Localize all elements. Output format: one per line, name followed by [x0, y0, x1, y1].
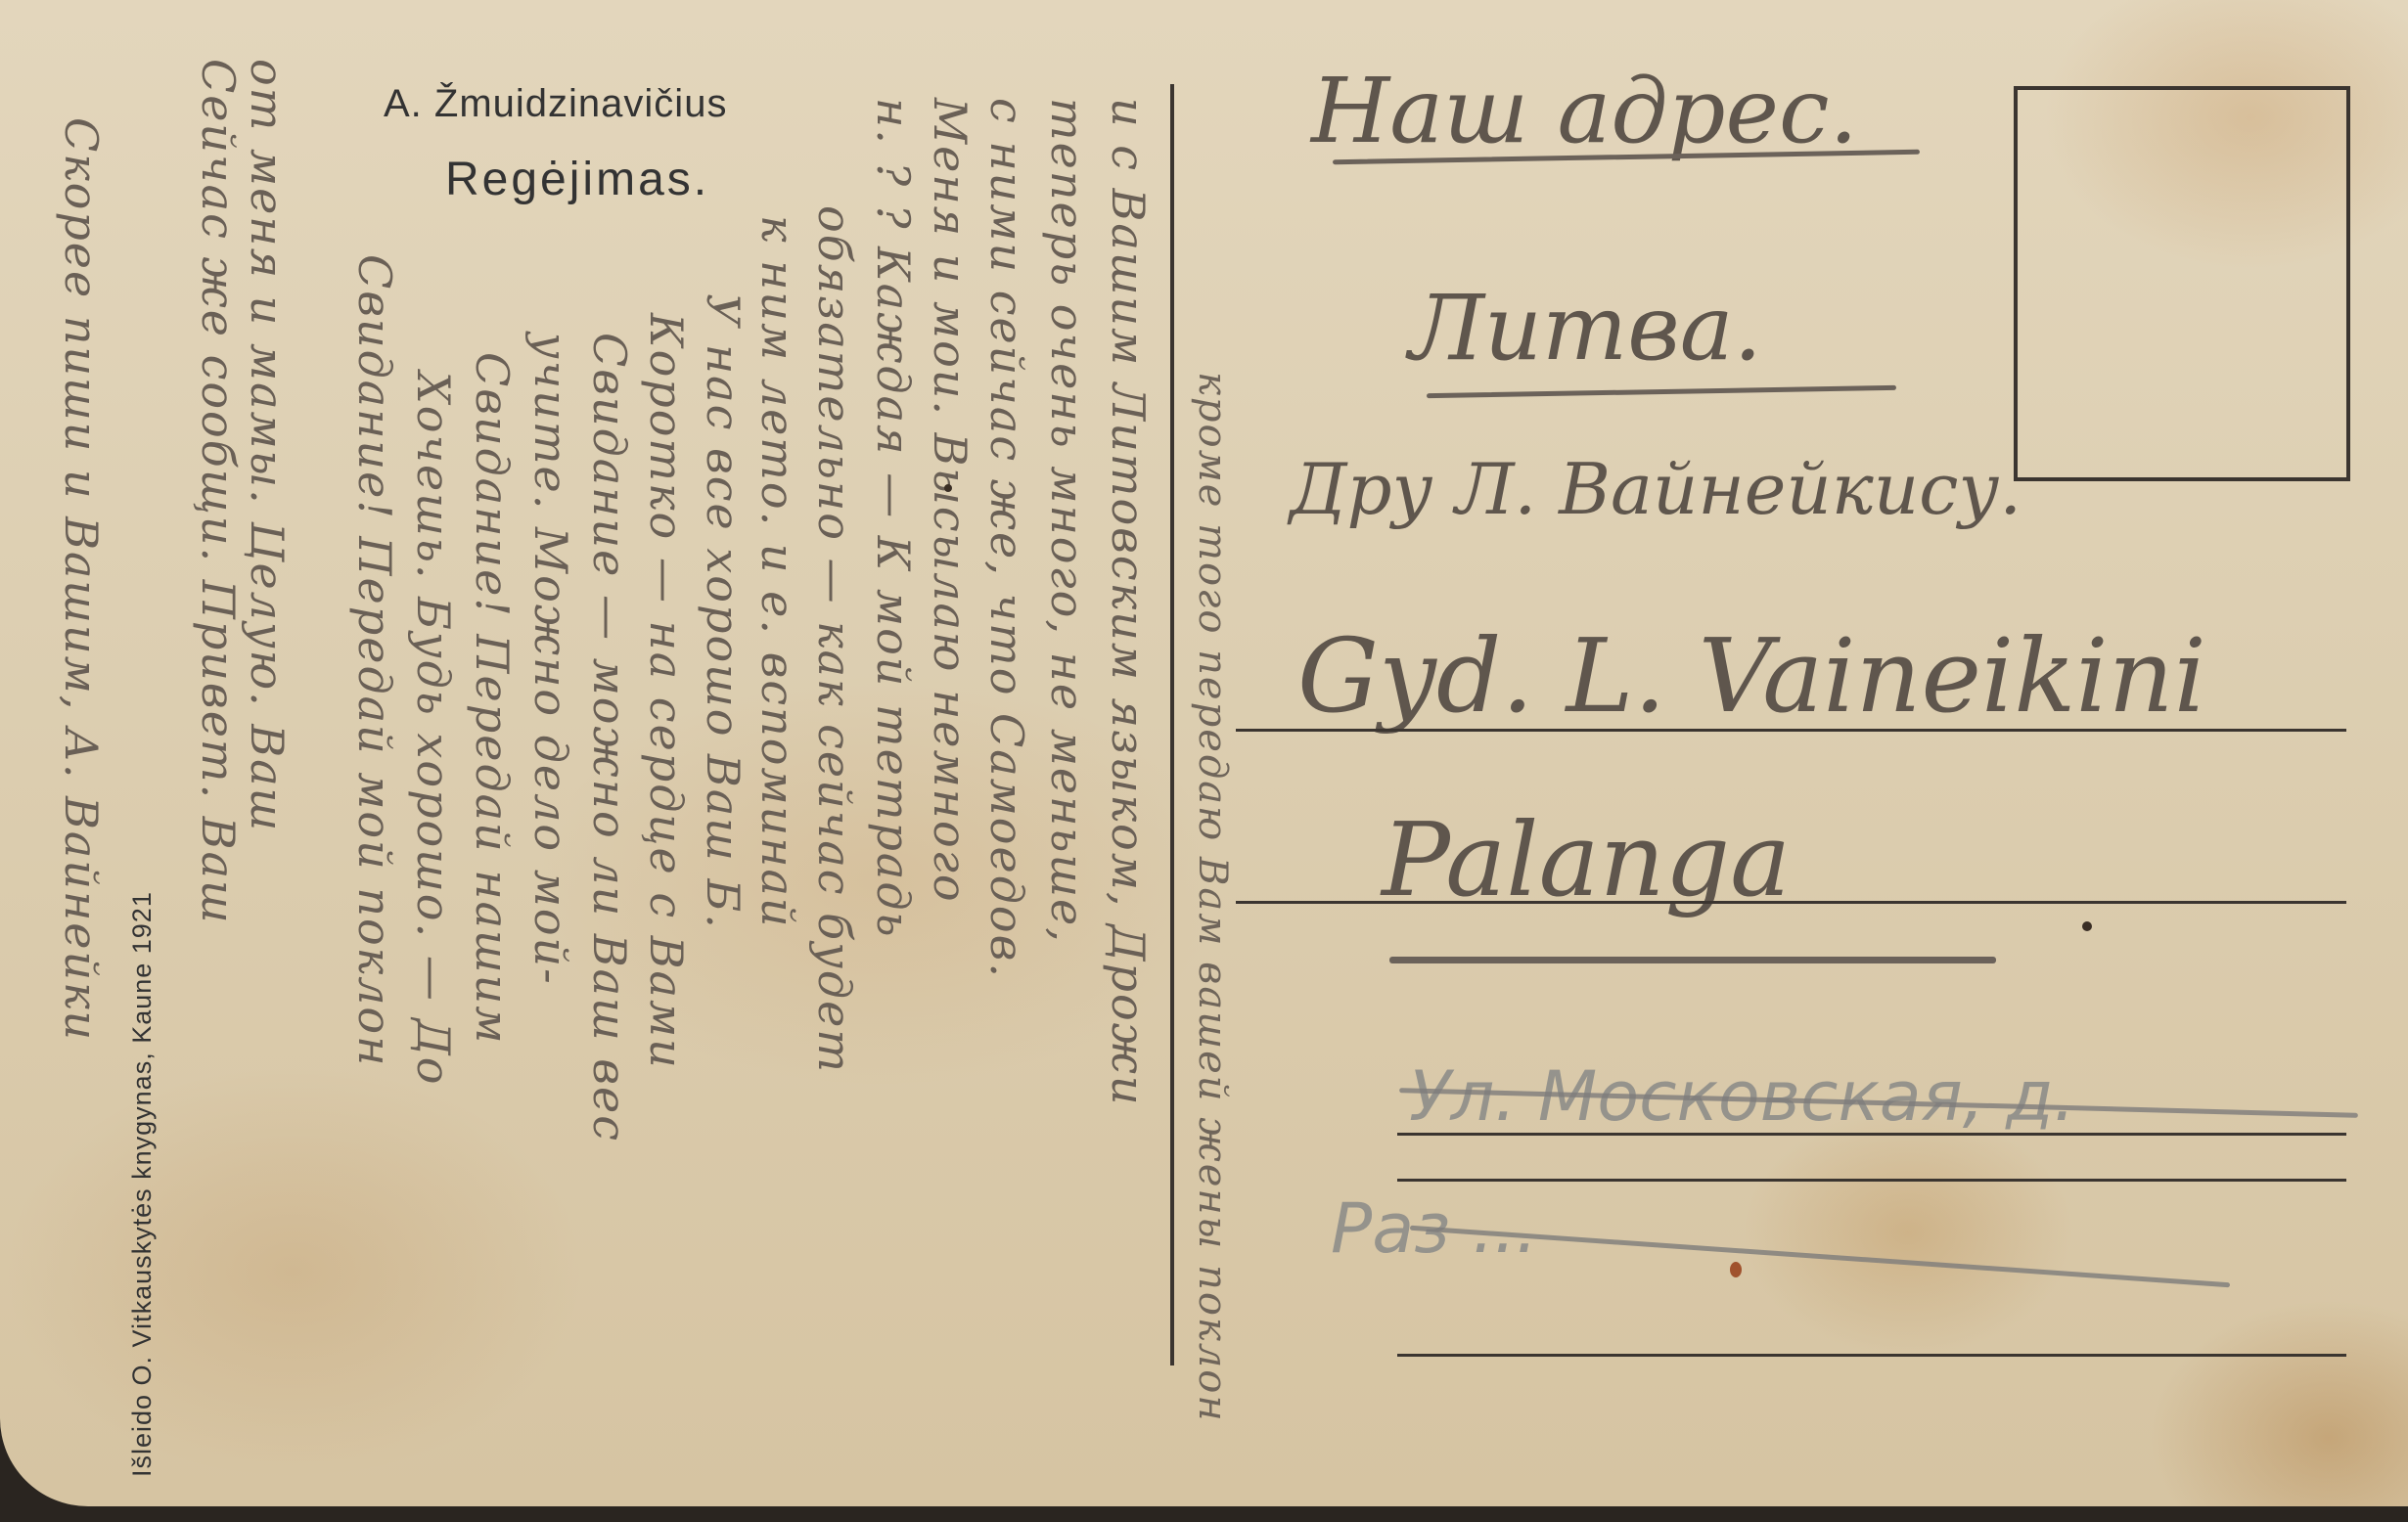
- message-column: учите. Можно дело мой-: [524, 333, 577, 986]
- message-side-note: кроме того передаю Вам вашей жены поклон: [1190, 372, 1235, 1423]
- message-column: обязательно — как сейчас будет: [808, 205, 861, 1074]
- center-divider-line: [1170, 84, 1174, 1365]
- message-column: Сейчас же сообщи. Привет. Ваш: [192, 59, 245, 925]
- postcard-back: A. Žmuidzinavičius Regėjimas. Išleido O.…: [0, 0, 2408, 1506]
- rust-spot: [1730, 1262, 1742, 1277]
- message-column: к ним лето. и е. вспоминай: [751, 215, 804, 929]
- message-column: от меня и мамы. Целую. Ваш: [241, 59, 294, 832]
- country-underline: [1427, 385, 1896, 398]
- message-column: Скорее пиши и Вашим, А. Вайнейки: [55, 117, 108, 1042]
- address-line-3: [1397, 1133, 2346, 1136]
- address-country: Литва.: [1409, 276, 1762, 380]
- address-line-1: [1236, 729, 2346, 732]
- message-column: Свидание — можно ли Ваш вес: [583, 333, 636, 1142]
- recipient-name-cyrillic: Дру Л. Вайнейкису.: [1290, 448, 2022, 530]
- message-column: и с Вашим Литовским языком, Дрожи: [1102, 98, 1155, 1107]
- address-heading: Наш адрес.: [1311, 59, 1858, 163]
- address-line-2: [1236, 901, 2346, 904]
- recipient-name-latin: Gyd. L. Vaineikini: [1297, 616, 2206, 736]
- stamp-box: [2014, 86, 2350, 481]
- message-column: Свидание! Передай нашим: [466, 352, 519, 1045]
- message-column: теперь очень много, не меньше,: [1041, 98, 1094, 944]
- message-column: Свидание! Передай мой поклон: [348, 254, 401, 1067]
- message-column: Коротко — на сердце с Вами: [640, 313, 693, 1070]
- message-column: с ними сейчас же, что Самоедов.: [980, 98, 1033, 979]
- city-underline: [1389, 957, 1996, 963]
- ink-spot: [944, 484, 952, 492]
- address-line-4: [1397, 1179, 2346, 1182]
- artist-name: A. Žmuidzinavičius: [384, 82, 727, 126]
- message-column: н. ? ? Каждая — К мой тетрадь: [867, 98, 920, 939]
- publisher-imprint: Išleido O. Vitkauskytės knygynas, Kaune …: [127, 891, 158, 1477]
- message-column: Меня и мои. Высылаю немного: [924, 98, 977, 904]
- message-column: Хочешь. Будь хорошо. — До: [407, 372, 460, 1086]
- artwork-title: Regėjimas.: [445, 153, 709, 206]
- ink-spot: [2082, 921, 2092, 931]
- address-line-5: [1397, 1354, 2346, 1357]
- message-column: У нас все хорошо Ваш Б.: [697, 293, 750, 930]
